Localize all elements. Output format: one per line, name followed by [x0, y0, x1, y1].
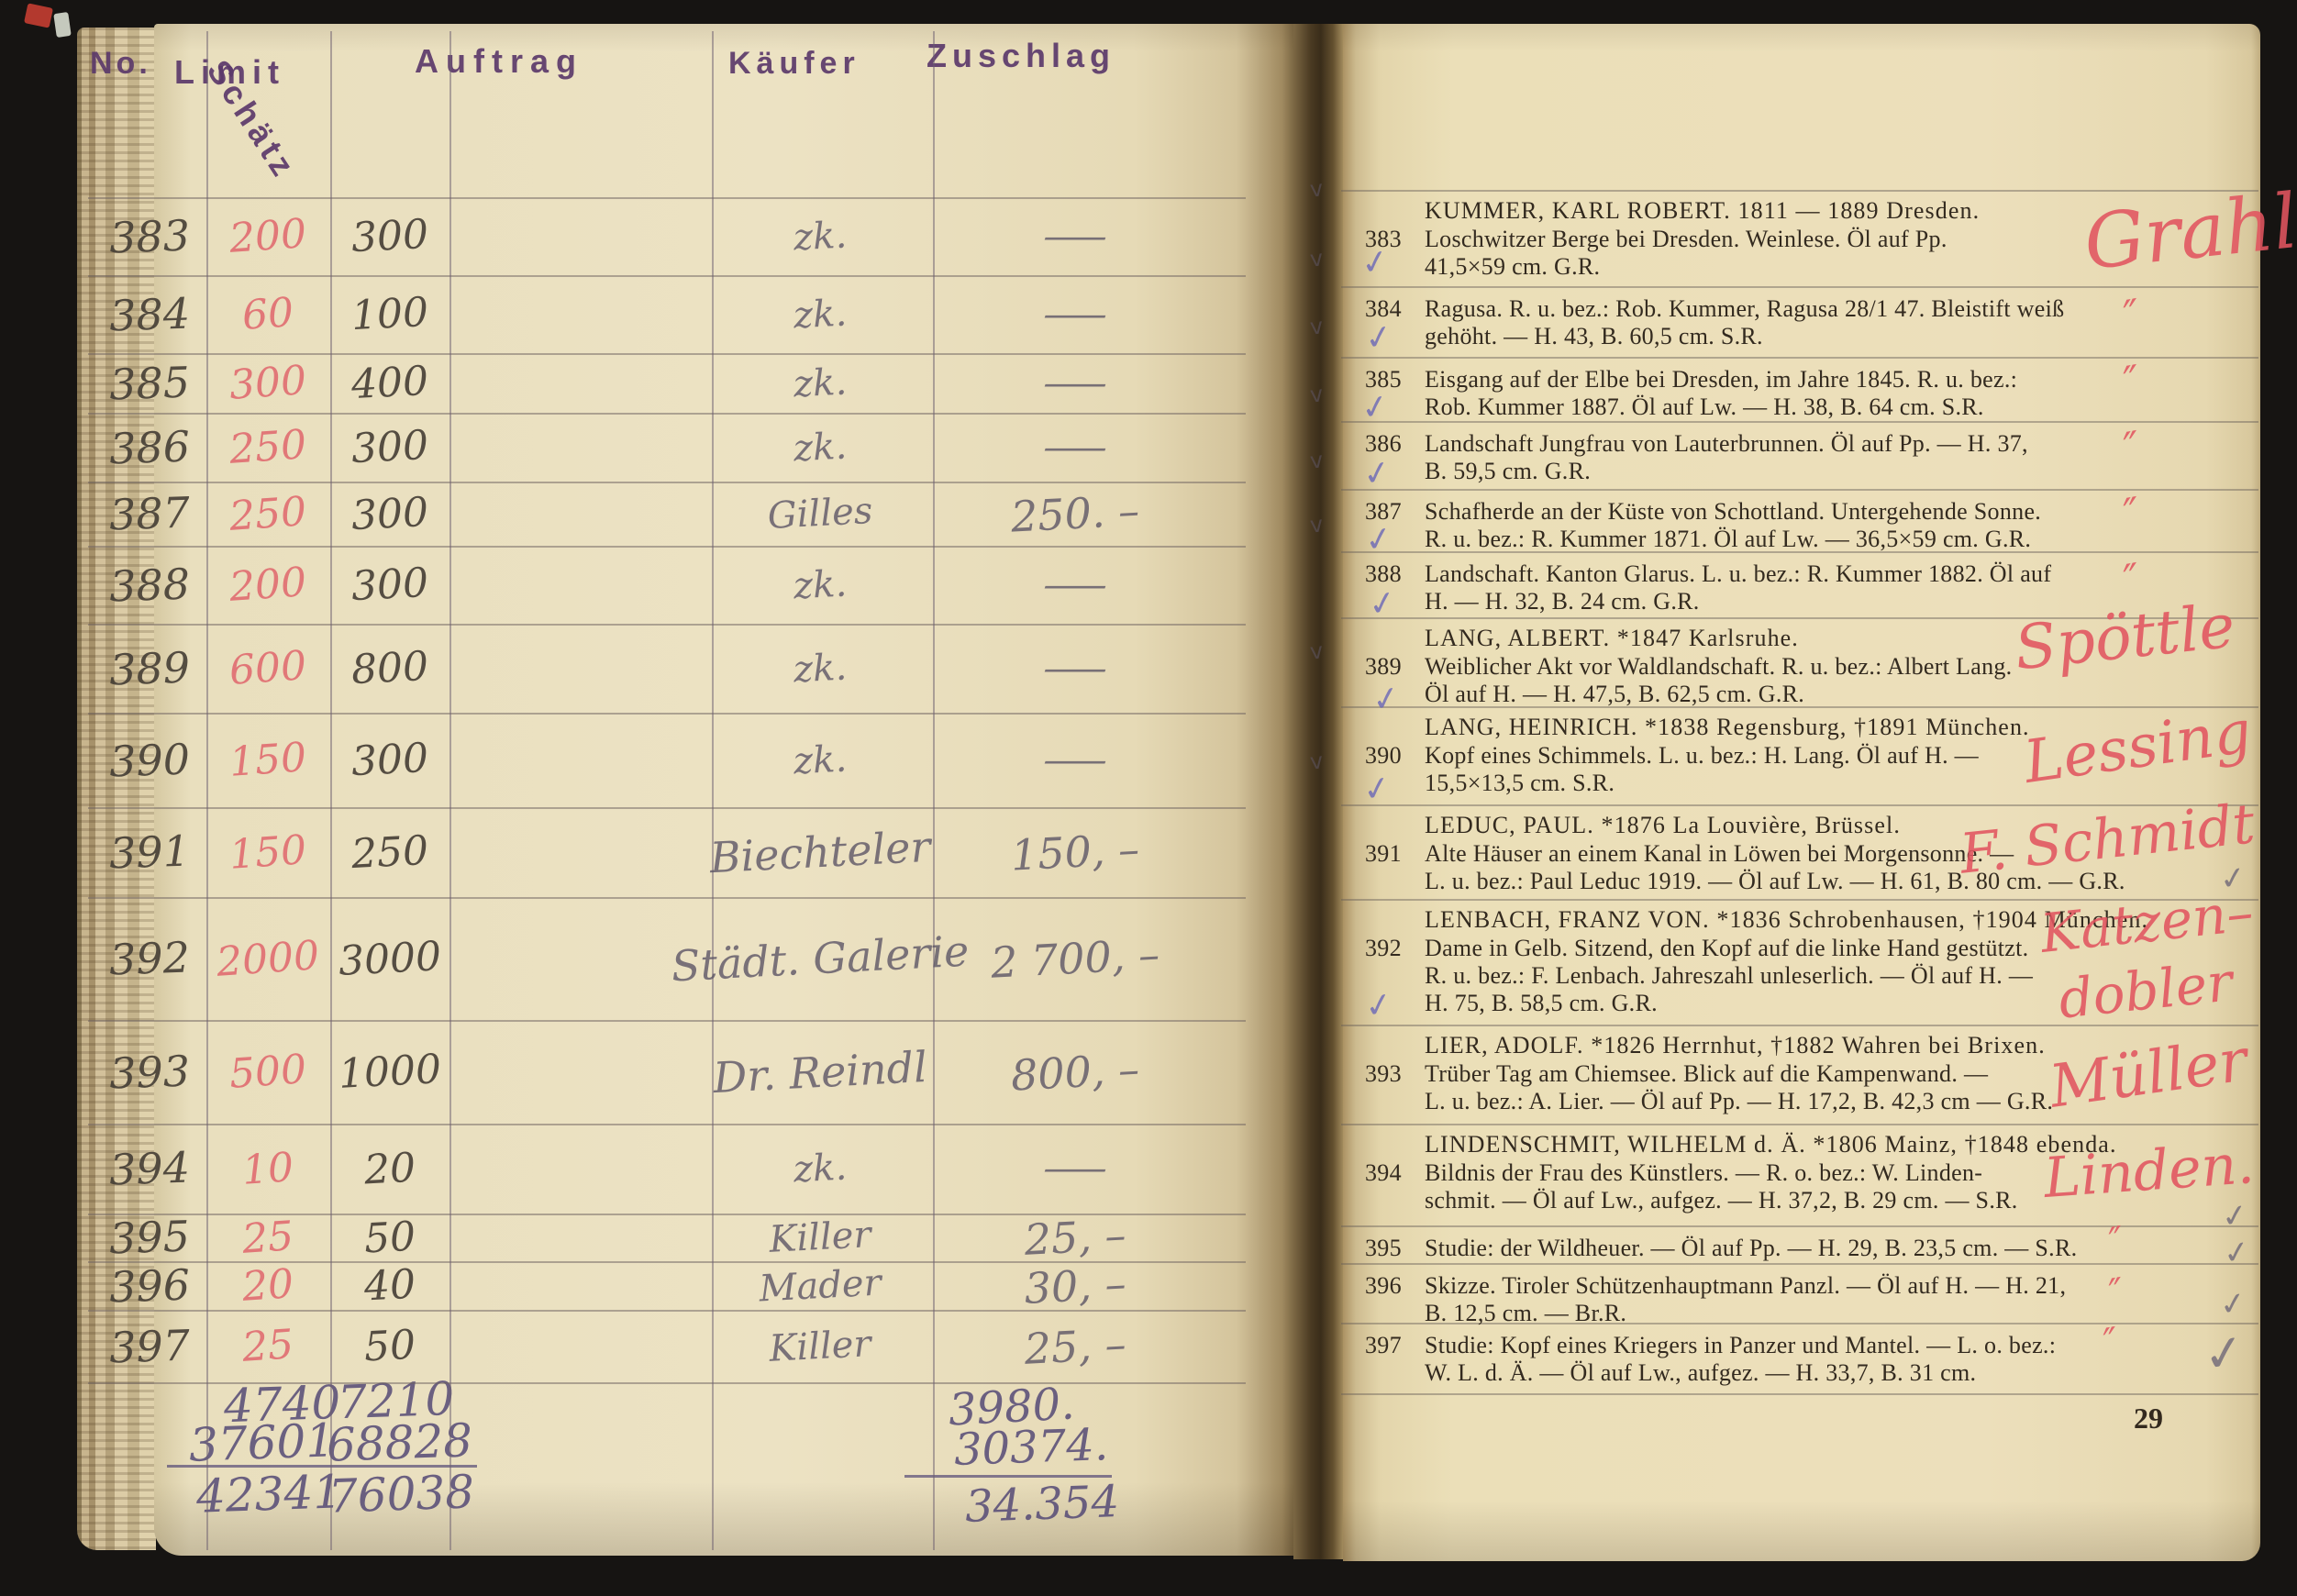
- schaetz-cell: 300: [331, 710, 448, 810]
- lot-number: 395: [1365, 1235, 1402, 1262]
- total-zuschlag-carry: 30374.: [953, 1419, 1109, 1476]
- kaeufer-cell: Killer: [706, 1304, 934, 1389]
- zuschlag-cell: 150, –: [936, 800, 1215, 904]
- artist-heading: LIER, ADOLF. *1826 Herrnhut, †1882 Wahre…: [1425, 1032, 2046, 1059]
- schaetz-cell: 300: [332, 543, 448, 626]
- lot-description-line: Skizze. Tiroler Schützenhauptmann Panzl.…: [1425, 1272, 2066, 1300]
- catalog-rule: [1341, 286, 2258, 288]
- lot-description-line: R. u. bez.: R. Kummer 1871. Öl auf Lw. —…: [1425, 526, 2031, 553]
- total-limit-total: 42341: [195, 1465, 343, 1524]
- catalog-rule: [1341, 1124, 2258, 1125]
- schaetz-cell: 100: [332, 272, 448, 356]
- catalog-rule: [1341, 1393, 2258, 1395]
- lot-description-line: Trüber Tag am Chiemsee. Blick auf die Ka…: [1425, 1060, 1988, 1088]
- lot-description-line: H. 75, B. 58,5 cm. G.R.: [1425, 990, 1658, 1017]
- lot-description-line: H. — H. 32, B. 24 cm. G.R.: [1425, 588, 1700, 615]
- lot-description-line: Rob. Kummer 1887. Öl auf Lw. — H. 38, B.…: [1425, 393, 1984, 421]
- gutter-tick: v: [1309, 381, 1325, 407]
- red-edge-mark: [24, 3, 53, 28]
- lot-description-line: R. u. bez.: F. Lenbach. Jahreszahl unles…: [1425, 962, 2033, 990]
- lot-description-line: 15,5×13,5 cm. S.R.: [1425, 770, 1615, 797]
- lot-no-cell: 386: [94, 411, 205, 483]
- zuschlag-cell: —: [827, 275, 1323, 353]
- zuschlag-cell: 2 700, –: [935, 890, 1216, 1027]
- zuschlag-cell: 25, –: [936, 1302, 1215, 1390]
- schaetz-cell: 300: [332, 194, 448, 278]
- page-number: 29: [2134, 1402, 2163, 1435]
- lot-description-line: W. L. d. Ä. — Öl auf Lw., aufgez. — H. 3…: [1425, 1359, 1976, 1387]
- lot-no-cell: 392: [94, 895, 206, 1022]
- artist-heading: LANG, HEINRICH. *1838 Regensburg, †1891 …: [1425, 714, 2030, 741]
- lot-description-line: Landschaft. Kanton Glarus. L. u. bez.: R…: [1425, 560, 2051, 588]
- lot-description-line: 41,5×59 cm. G.R.: [1425, 253, 1600, 281]
- gutter-tick: v: [1309, 447, 1325, 473]
- checkmark-pencil: ✓: [2219, 1196, 2250, 1236]
- limit-cell: 200: [206, 542, 329, 628]
- schaetz-cell: 1000: [331, 1017, 449, 1126]
- ledger-column-line: [449, 31, 451, 1550]
- zuschlag-cell: —: [827, 197, 1323, 275]
- limit-cell: 25: [206, 1306, 328, 1387]
- schaetz-cell: 800: [332, 621, 449, 715]
- lot-description-line: Studie: der Wildheuer. — Öl auf Pp. — H.…: [1425, 1235, 2077, 1262]
- lot-description-line: gehöht. — H. 43, B. 60,5 cm. S.R.: [1425, 323, 1763, 350]
- zuschlag-cell: —: [827, 713, 1323, 807]
- gutter-tick: v: [1309, 175, 1325, 202]
- kaeufer-cell: Gilles: [706, 476, 933, 552]
- gutter-tick: v: [1309, 313, 1325, 339]
- limit-cell: 200: [206, 194, 329, 280]
- lot-no-cell: 384: [94, 273, 205, 355]
- lot-no-cell: 390: [94, 711, 205, 809]
- total-zuschlag-total: 34.354: [964, 1476, 1120, 1533]
- limit-cell: 150: [206, 804, 330, 902]
- gutter-tick: v: [1309, 245, 1325, 272]
- limit-cell: 60: [206, 272, 329, 358]
- catalog-rule: [1341, 1263, 2258, 1265]
- gutter-tick: v: [1309, 748, 1325, 774]
- zuschlag-cell: —: [827, 353, 1323, 413]
- lot-description-line: Öl auf H. — H. 47,5, B. 62,5 cm. G.R.: [1425, 681, 1804, 708]
- zuschlag-cell: —: [827, 1124, 1323, 1214]
- checkmark-pencil: ✓: [2217, 859, 2248, 899]
- schaetz-cell: 250: [332, 804, 449, 900]
- lot-no-cell: 393: [94, 1018, 205, 1125]
- limit-cell: 2000: [205, 893, 330, 1025]
- lot-no-cell: 397: [94, 1308, 205, 1384]
- artist-heading: LANG, ALBERT. *1847 Karlsruhe.: [1425, 625, 1799, 652]
- lot-no-cell: 387: [94, 480, 205, 548]
- total-limit-carry: 37601: [188, 1413, 336, 1472]
- lot-description-line: Landschaft Jungfrau von Lauterbrunnen. Ö…: [1425, 430, 2028, 458]
- schaetz-cell: 40: [333, 1258, 448, 1313]
- lot-description-line: Eisgang auf der Elbe bei Dresden, im Jah…: [1425, 366, 2017, 393]
- lot-description-line: Schafherde an der Küste von Schottland. …: [1425, 498, 2041, 526]
- kaeufer-cell: Dr. Reindl: [705, 1014, 935, 1130]
- total-schaetz-total: 76038: [327, 1465, 475, 1524]
- lot-no-cell: 389: [94, 622, 205, 715]
- lot-no-cell: 391: [94, 805, 205, 899]
- lot-no-cell: 395: [94, 1212, 205, 1263]
- artist-heading: KUMMER, KARL ROBERT. 1811 — 1889 Dresden…: [1425, 197, 1980, 225]
- col-header-no: No.: [90, 46, 151, 82]
- lot-number: 391: [1365, 840, 1402, 868]
- checkmark-pencil: ✓: [2221, 1233, 2252, 1273]
- schaetz-cell: 400: [332, 350, 447, 416]
- zuschlag-cell: —: [827, 546, 1323, 624]
- lot-no-cell: 394: [94, 1122, 205, 1215]
- lot-description-line: B. 12,5 cm. — Br.R.: [1425, 1300, 1626, 1327]
- zuschlag-cell: —: [827, 624, 1323, 713]
- lot-description-line: B. 59,5 cm. G.R.: [1425, 458, 1591, 485]
- catalog-rule: [1341, 190, 2258, 192]
- catalog-rule: [1341, 421, 2258, 423]
- lot-description-line: Bildnis der Frau des Künstlers. — R. o. …: [1425, 1159, 1982, 1187]
- schaetz-cell: 300: [332, 410, 448, 484]
- limit-cell: 600: [206, 620, 329, 717]
- limit-cell: 300: [207, 349, 328, 417]
- limit-cell: 250: [207, 478, 329, 550]
- col-header-zuschlag: Zuschlag: [927, 37, 1115, 75]
- lot-number: 394: [1365, 1159, 1402, 1187]
- zuschlag-cell: —: [827, 413, 1323, 482]
- lot-number: 396: [1365, 1272, 1402, 1300]
- lot-no-cell: 388: [94, 544, 205, 626]
- lot-description-line: Dame in Gelb. Sitzend, den Kopf auf die …: [1425, 935, 2028, 962]
- kaeufer-cell: Städt. Galerie: [705, 892, 936, 1026]
- col-header-kaeufer: Käufer: [728, 46, 860, 82]
- lot-number: 397: [1365, 1332, 1402, 1359]
- limit-cell: 250: [207, 409, 329, 486]
- zuschlag-cell: 800, –: [935, 1013, 1215, 1131]
- lot-no-cell: 385: [94, 351, 205, 415]
- schaetz-cell: 50: [333, 1211, 448, 1264]
- limit-cell: 20: [207, 1258, 327, 1314]
- limit-cell: 500: [205, 1016, 330, 1128]
- schaetz-cell: 3000: [331, 894, 449, 1023]
- artist-heading: LINDENSCHMIT, WILHELM d. Ä. *1806 Mainz,…: [1425, 1131, 2117, 1158]
- lot-description-line: Alte Häuser an einem Kanal in Löwen bei …: [1425, 840, 2014, 868]
- lot-description-line: Kopf eines Schimmels. L. u. bez.: H. Lan…: [1425, 742, 1979, 770]
- schaetz-cell: 300: [332, 479, 447, 549]
- book-spread: No. Limit Schätz Auftrag Käufer Zuschlag…: [0, 0, 2297, 1596]
- lot-description-line: Ragusa. R. u. bez.: Rob. Kummer, Ragusa …: [1425, 295, 2064, 323]
- pale-edge-mark: [53, 12, 71, 38]
- schaetz-cell: 50: [332, 1307, 448, 1385]
- lot-description-line: Studie: Kopf eines Kriegers in Panzer un…: [1425, 1332, 2056, 1359]
- lot-description-line: Loschwitzer Berge bei Dresden. Weinlese.…: [1425, 226, 1947, 253]
- catalog-rule: [1341, 1025, 2258, 1026]
- limit-cell: 150: [206, 709, 330, 812]
- lot-number: 390: [1365, 742, 1402, 770]
- limit-cell: 25: [207, 1210, 327, 1266]
- gutter-tick: v: [1309, 511, 1325, 538]
- lot-no-cell: 383: [94, 195, 205, 277]
- col-header-auftrag: Auftrag: [415, 42, 583, 81]
- lot-description-line: schmit. — Öl auf Lw., aufgez. — H. 37,2,…: [1425, 1187, 2018, 1214]
- kaeufer-cell: Biechteler: [706, 802, 935, 903]
- lot-number: 392: [1365, 935, 1402, 962]
- lot-no-cell: 396: [94, 1259, 205, 1312]
- lot-number: 393: [1365, 1060, 1402, 1088]
- schaetz-cell: 20: [332, 1121, 449, 1216]
- checkmark-pencil: ✓: [2200, 1322, 2249, 1385]
- limit-cell: 10: [206, 1120, 330, 1218]
- lot-description-line: Weiblicher Akt vor Waldlandschaft. R. u.…: [1425, 653, 2012, 681]
- lot-number: 389: [1365, 653, 1402, 681]
- artist-heading: LEDUC, PAUL. *1876 La Louvière, Brüssel.: [1425, 812, 1901, 839]
- gutter-tick: v: [1309, 637, 1325, 664]
- lot-description-line: L. u. bez.: A. Lier. — Öl auf Pp. — H. 1…: [1425, 1088, 2053, 1115]
- checkmark-pencil: ✓: [2217, 1284, 2248, 1324]
